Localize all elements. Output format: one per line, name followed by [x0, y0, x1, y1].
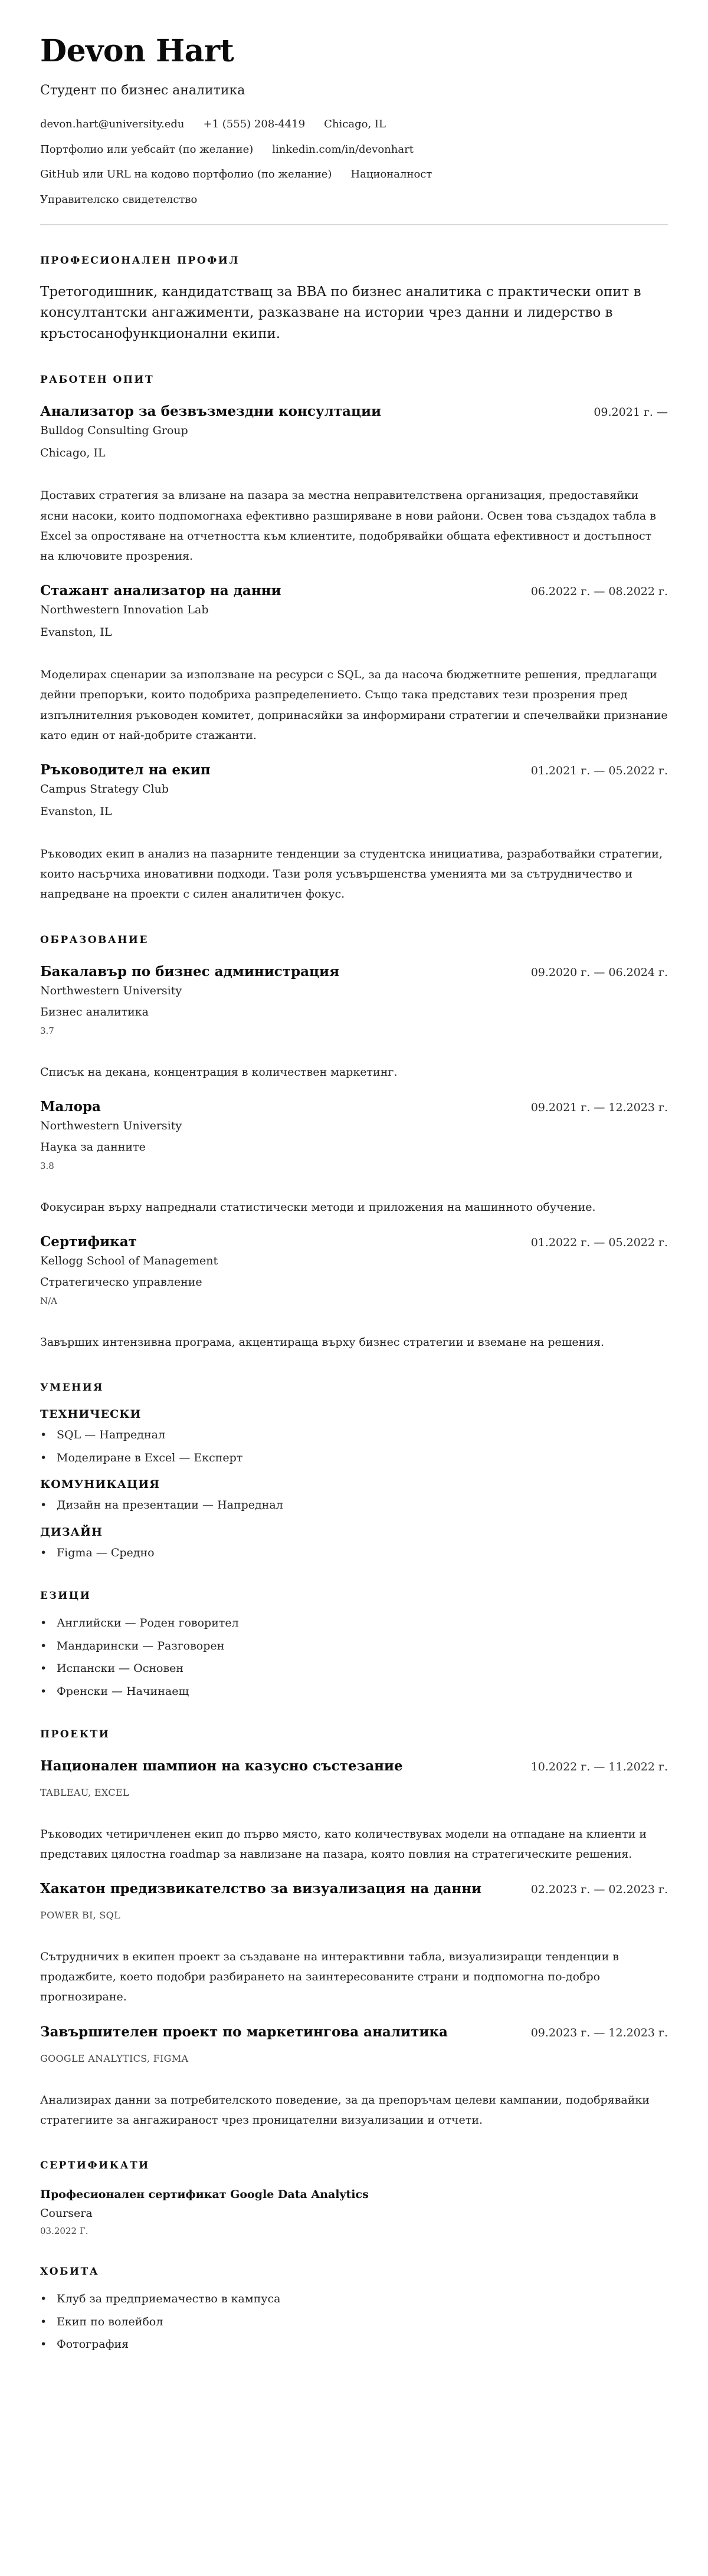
education-entry: Сертификат01.2022 г. — 05.2022 г.Kellogg…: [40, 1234, 668, 1352]
candidate-headline: Студент по бизнес аналитика: [40, 83, 668, 98]
degree-title: Сертификат: [40, 1234, 137, 1250]
education-dates: 09.2020 г. — 06.2024 г.: [531, 966, 668, 979]
certification-date: 03.2022 Г.: [40, 2226, 668, 2236]
section-title: Образование: [40, 934, 668, 946]
hobby-item: Клуб за предприемачество в кампуса: [40, 2292, 668, 2306]
resume-header: Devon Hart Студент по бизнес аналитика d…: [40, 34, 668, 225]
certification-entry: Професионален сертификат Google Data Ana…: [40, 2188, 668, 2236]
project-tools: TABLEAU, EXCEL: [40, 1787, 668, 1798]
job-dates: 01.2021 г. — 05.2022 г.: [531, 764, 668, 777]
linkedin-link[interactable]: linkedin.com/in/devonhart: [272, 143, 414, 156]
skill-item: Моделиране в Excel — Експерт: [40, 1451, 668, 1466]
section-title: Езици: [40, 1590, 668, 1602]
education-entry: Малора09.2021 г. — 12.2023 г.Northwester…: [40, 1099, 668, 1217]
entry-header: Бакалавър по бизнес администрация09.2020…: [40, 964, 668, 980]
languages-list: Английски — Роден говорителМандарински —…: [40, 1616, 668, 1699]
experience-entry: Анализатор за безвъзмездни консултации09…: [40, 403, 668, 566]
experience-entry: Ръководител на екип01.2021 г. — 05.2022 …: [40, 762, 668, 905]
education-section: Образование Бакалавър по бизнес админист…: [40, 934, 668, 1353]
school-name: Northwestern University: [40, 1119, 668, 1132]
skill-list: Дизайн на презентации — Напреднал: [40, 1498, 668, 1513]
project-dates: 02.2023 г. — 02.2023 г.: [531, 1883, 668, 1896]
language-item: Френски — Начинаещ: [40, 1684, 668, 1699]
project-dates: 10.2022 г. — 11.2022 г.: [531, 1760, 668, 1773]
entry-header: Хакатон предизвикателство за визуализаци…: [40, 1881, 668, 1897]
company-name: Bulldog Consulting Group: [40, 424, 668, 437]
job-dates: 06.2022 г. — 08.2022 г.: [531, 585, 668, 598]
certification-title: Професионален сертификат Google Data Ana…: [40, 2188, 668, 2201]
projects-section: Проекти Национален шампион на казусно съ…: [40, 1729, 668, 2130]
project-tools: GOOGLE ANALYTICS, FIGMA: [40, 2053, 668, 2064]
project-dates: 09.2023 г. — 12.2023 г.: [531, 2026, 668, 2039]
github-link: GitHub или URL на кодово портфолио (по ж…: [40, 168, 332, 181]
education-description: Завърших интензивна програма, акцентиращ…: [40, 1332, 668, 1352]
certification-issuer: Coursera: [40, 2207, 668, 2220]
profile-section: Професионален профил Третогодишник, канд…: [40, 255, 668, 345]
skills-list: ТехническиSQL — НапредналМоделиране в Ex…: [40, 1408, 668, 1560]
skill-category-title: Дизайн: [40, 1526, 668, 1539]
skill-list: Figma — Средно: [40, 1546, 668, 1560]
degree-title: Бакалавър по бизнес администрация: [40, 964, 339, 980]
entry-header: Малора09.2021 г. — 12.2023 г.: [40, 1099, 668, 1115]
project-entry: Хакатон предизвикателство за визуализаци…: [40, 1881, 668, 2007]
contact-row: Управителско свидетелство: [40, 193, 668, 206]
skills-section: Умения ТехническиSQL — НапредналМоделира…: [40, 1382, 668, 1560]
job-title: Анализатор за безвъзмездни консултации: [40, 403, 381, 419]
job-dates: 09.2021 г. —: [594, 406, 668, 419]
certifications-section: Сертификати Професионален сертификат Goo…: [40, 2160, 668, 2236]
skill-category-title: Технически: [40, 1408, 668, 1421]
skill-item: Дизайн на презентации — Напреднал: [40, 1498, 668, 1513]
degree-title: Малора: [40, 1099, 101, 1115]
education-description: Фокусиран върху напреднали статистически…: [40, 1197, 668, 1217]
job-location: Evanston, IL: [40, 805, 668, 818]
candidate-name: Devon Hart: [40, 34, 668, 68]
school-name: Northwestern University: [40, 984, 668, 997]
nationality: Националност: [350, 168, 432, 181]
job-location: Evanston, IL: [40, 626, 668, 639]
section-title: Хобита: [40, 2266, 668, 2278]
job-description: Ръководих екип в анализ на пазарните тен…: [40, 844, 668, 905]
portfolio-link: Портфолио или уебсайт (по желание): [40, 143, 253, 156]
education-dates: 09.2021 г. — 12.2023 г.: [531, 1101, 668, 1114]
language-item: Испански — Основен: [40, 1661, 668, 1676]
header-divider: [40, 224, 668, 225]
project-description: Анализирах данни за потребителското пове…: [40, 2090, 668, 2130]
language-item: Английски — Роден говорител: [40, 1616, 668, 1631]
education-dates: 01.2022 г. — 05.2022 г.: [531, 1236, 668, 1249]
experience-list: Анализатор за безвъзмездни консултации09…: [40, 403, 668, 904]
company-name: Campus Strategy Club: [40, 783, 668, 796]
location: Chicago, IL: [324, 118, 386, 131]
phone-number: +1 (555) 208-4419: [204, 118, 306, 131]
hobby-item: Фотография: [40, 2337, 668, 2352]
profile-summary: Третогодишник, кандидатстващ за BBA по б…: [40, 282, 668, 345]
experience-entry: Стажант анализатор на данни06.2022 г. — …: [40, 583, 668, 745]
job-title: Стажант анализатор на данни: [40, 583, 281, 599]
contact-row: Портфолио или уебсайт (по желание) linke…: [40, 143, 668, 156]
experience-section: Работен опит Анализатор за безвъзмездни …: [40, 374, 668, 904]
section-title: Работен опит: [40, 374, 668, 386]
gpa-value: N/A: [40, 1296, 668, 1306]
project-description: Ръководих четиричленен екип до първо мяс…: [40, 1824, 668, 1864]
projects-list: Национален шампион на казусно състезание…: [40, 1758, 668, 2130]
entry-header: Анализатор за безвъзмездни консултации09…: [40, 403, 668, 419]
company-name: Northwestern Innovation Lab: [40, 603, 668, 616]
hobby-item: Екип по волейбол: [40, 2315, 668, 2329]
email-link[interactable]: devon.hart@university.edu: [40, 118, 185, 131]
school-name: Kellogg School of Management: [40, 1254, 668, 1267]
project-entry: Национален шампион на казусно състезание…: [40, 1758, 668, 1864]
job-title: Ръководител на екип: [40, 762, 211, 778]
job-description: Доставих стратегия за влизане на пазара …: [40, 485, 668, 566]
project-title: Хакатон предизвикателство за визуализаци…: [40, 1881, 481, 1897]
skill-list: SQL — НапредналМоделиране в Excel — Експ…: [40, 1428, 668, 1465]
languages-section: Езици Английски — Роден говорителМандари…: [40, 1590, 668, 1699]
hobbies-list: Клуб за предприемачество в кампусаЕкип п…: [40, 2292, 668, 2352]
skill-category-title: Комуникация: [40, 1478, 668, 1491]
section-title: Професионален профил: [40, 255, 668, 267]
skill-item: Figma — Средно: [40, 1546, 668, 1560]
project-description: Сътрудничих в екипен проект за създаване…: [40, 1947, 668, 2007]
entry-header: Сертификат01.2022 г. — 05.2022 г.: [40, 1234, 668, 1250]
field-of-study: Стратегическо управление: [40, 1276, 668, 1289]
project-title: Национален шампион на казусно състезание: [40, 1758, 403, 1774]
gpa-value: 3.8: [40, 1161, 668, 1171]
entry-header: Ръководител на екип01.2021 г. — 05.2022 …: [40, 762, 668, 778]
contact-block: devon.hart@university.edu +1 (555) 208-4…: [40, 118, 668, 206]
section-title: Сертификати: [40, 2160, 668, 2171]
entry-header: Национален шампион на казусно състезание…: [40, 1758, 668, 1774]
project-entry: Завършителен проект по маркетингова анал…: [40, 2024, 668, 2130]
entry-header: Стажант анализатор на данни06.2022 г. — …: [40, 583, 668, 599]
gpa-value: 3.7: [40, 1026, 668, 1036]
certifications-list: Професионален сертификат Google Data Ana…: [40, 2188, 668, 2236]
project-tools: POWER BI, SQL: [40, 1910, 668, 1921]
resume-page: Devon Hart Студент по бизнес аналитика d…: [0, 0, 708, 2384]
education-list: Бакалавър по бизнес администрация09.2020…: [40, 964, 668, 1353]
job-location: Chicago, IL: [40, 446, 668, 459]
hobbies-section: Хобита Клуб за предприемачество в кампус…: [40, 2266, 668, 2352]
field-of-study: Бизнес аналитика: [40, 1006, 668, 1018]
section-title: Умения: [40, 1382, 668, 1394]
project-title: Завършителен проект по маркетингова анал…: [40, 2024, 448, 2040]
field-of-study: Наука за данните: [40, 1141, 668, 1154]
entry-header: Завършителен проект по маркетингова анал…: [40, 2024, 668, 2040]
contact-row: GitHub или URL на кодово портфолио (по ж…: [40, 168, 668, 181]
contact-row: devon.hart@university.edu +1 (555) 208-4…: [40, 118, 668, 131]
section-title: Проекти: [40, 1729, 668, 1740]
language-item: Мандарински — Разговорен: [40, 1639, 668, 1654]
driving-license: Управителско свидетелство: [40, 193, 197, 206]
education-description: Списък на декана, концентрация в количес…: [40, 1062, 668, 1082]
skill-item: SQL — Напреднал: [40, 1428, 668, 1443]
education-entry: Бакалавър по бизнес администрация09.2020…: [40, 964, 668, 1082]
job-description: Моделирах сценарии за използване на ресу…: [40, 665, 668, 745]
